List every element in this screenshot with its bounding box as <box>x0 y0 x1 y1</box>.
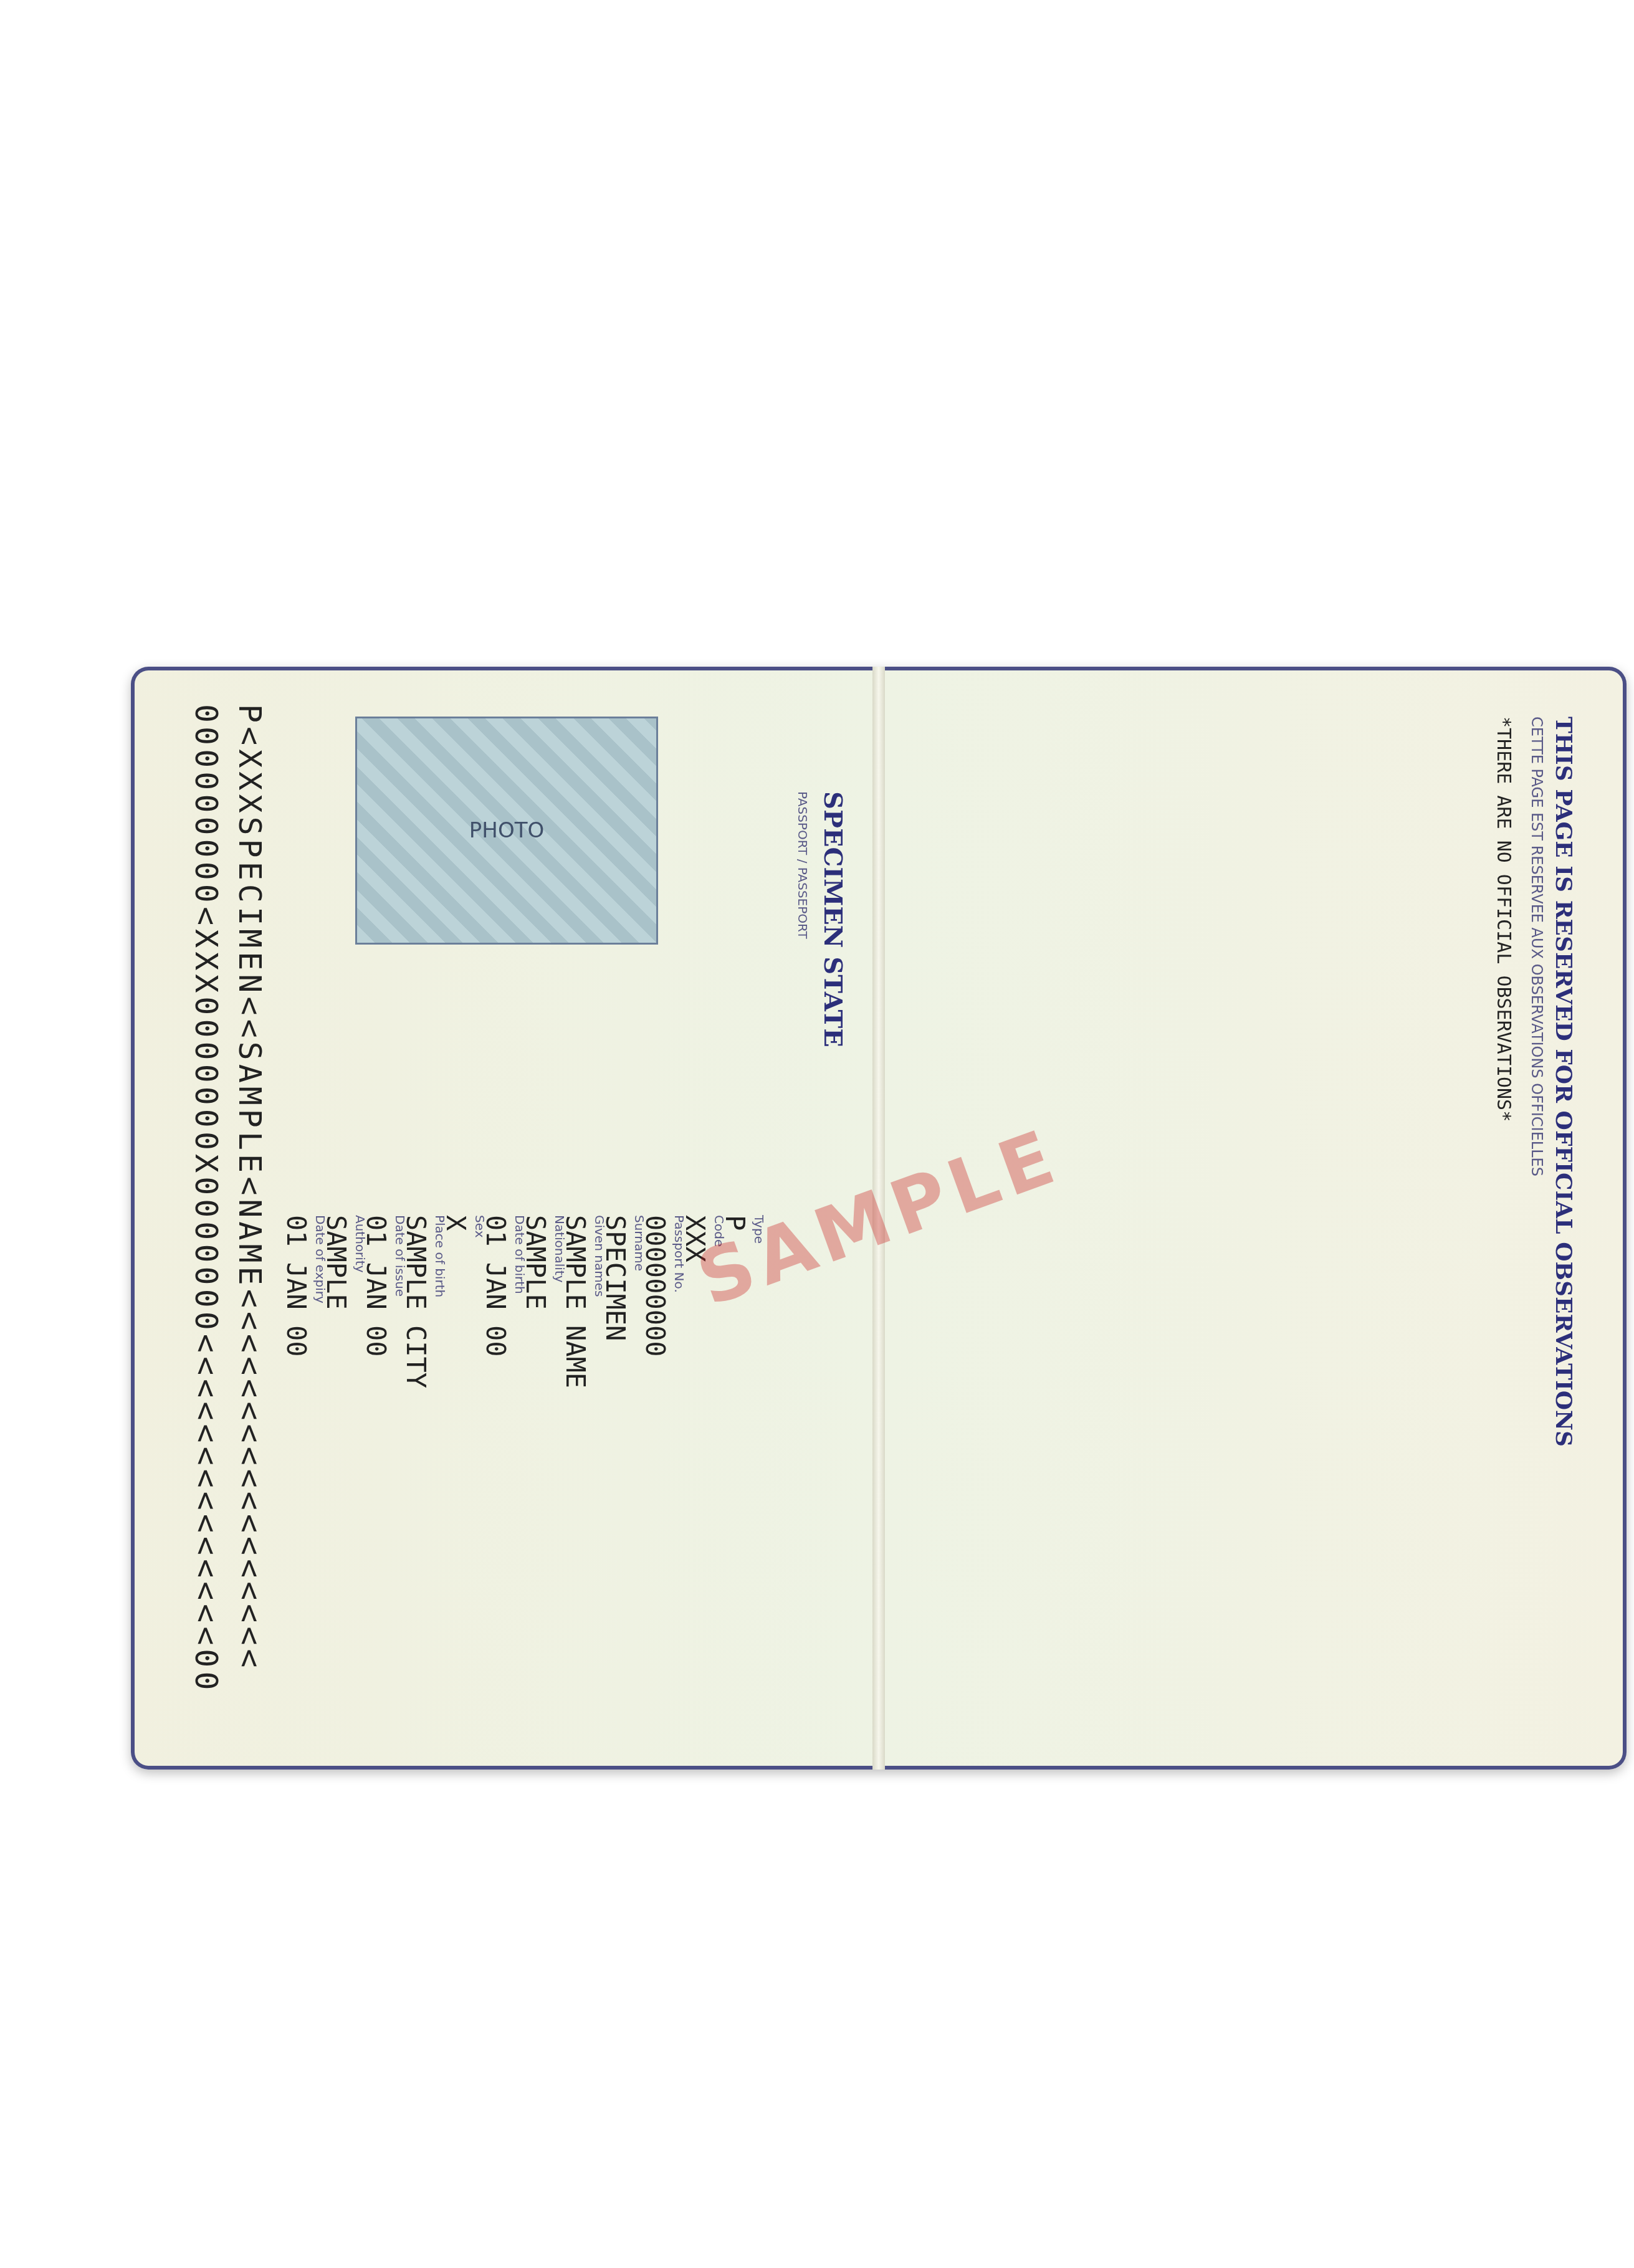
portrait-placeholder: PHOTO <box>355 717 658 945</box>
observations-title: THIS PAGE IS RESERVED FOR OFFICIAL OBSER… <box>1550 717 1577 1447</box>
field-label: Date of birth <box>512 1215 527 1294</box>
field-label: Surname <box>632 1215 647 1271</box>
passport-booklet: PHOTO SPECIMEN STATE PASSPORT / PASSEPOR… <box>131 667 1627 1770</box>
field-value: 01 JAN 00 <box>281 1215 312 1357</box>
field-label: Authority <box>353 1215 368 1273</box>
field-label: Passport No. <box>672 1215 687 1293</box>
observations-stamp: *THERE ARE NO OFFICIAL OBSERVATIONS* <box>1493 717 1514 1122</box>
observations-subtitle: CETTE PAGE EST RESERVEE AUX OBSERVATIONS… <box>1528 717 1546 1176</box>
field-label: Sex <box>472 1215 487 1237</box>
mrz-line-1: P<XXXSPECIMEN<<SAMPLE<NAME<<<<<<<<<<<<<<… <box>232 704 268 1671</box>
field-label: Given names <box>592 1215 607 1297</box>
mrz-line-2: 000000000<XXX0000000X0000000<<<<<<<<<<<<… <box>188 704 224 1694</box>
field-label: Place of birth <box>432 1215 447 1297</box>
field-label: Date of issue <box>393 1215 408 1297</box>
field-label: Date of expiry <box>313 1215 328 1303</box>
country-header: SPECIMEN STATE <box>818 791 848 1047</box>
field-label: Nationality <box>552 1215 567 1283</box>
document-title: PASSPORT / PASSEPORT <box>795 791 810 939</box>
